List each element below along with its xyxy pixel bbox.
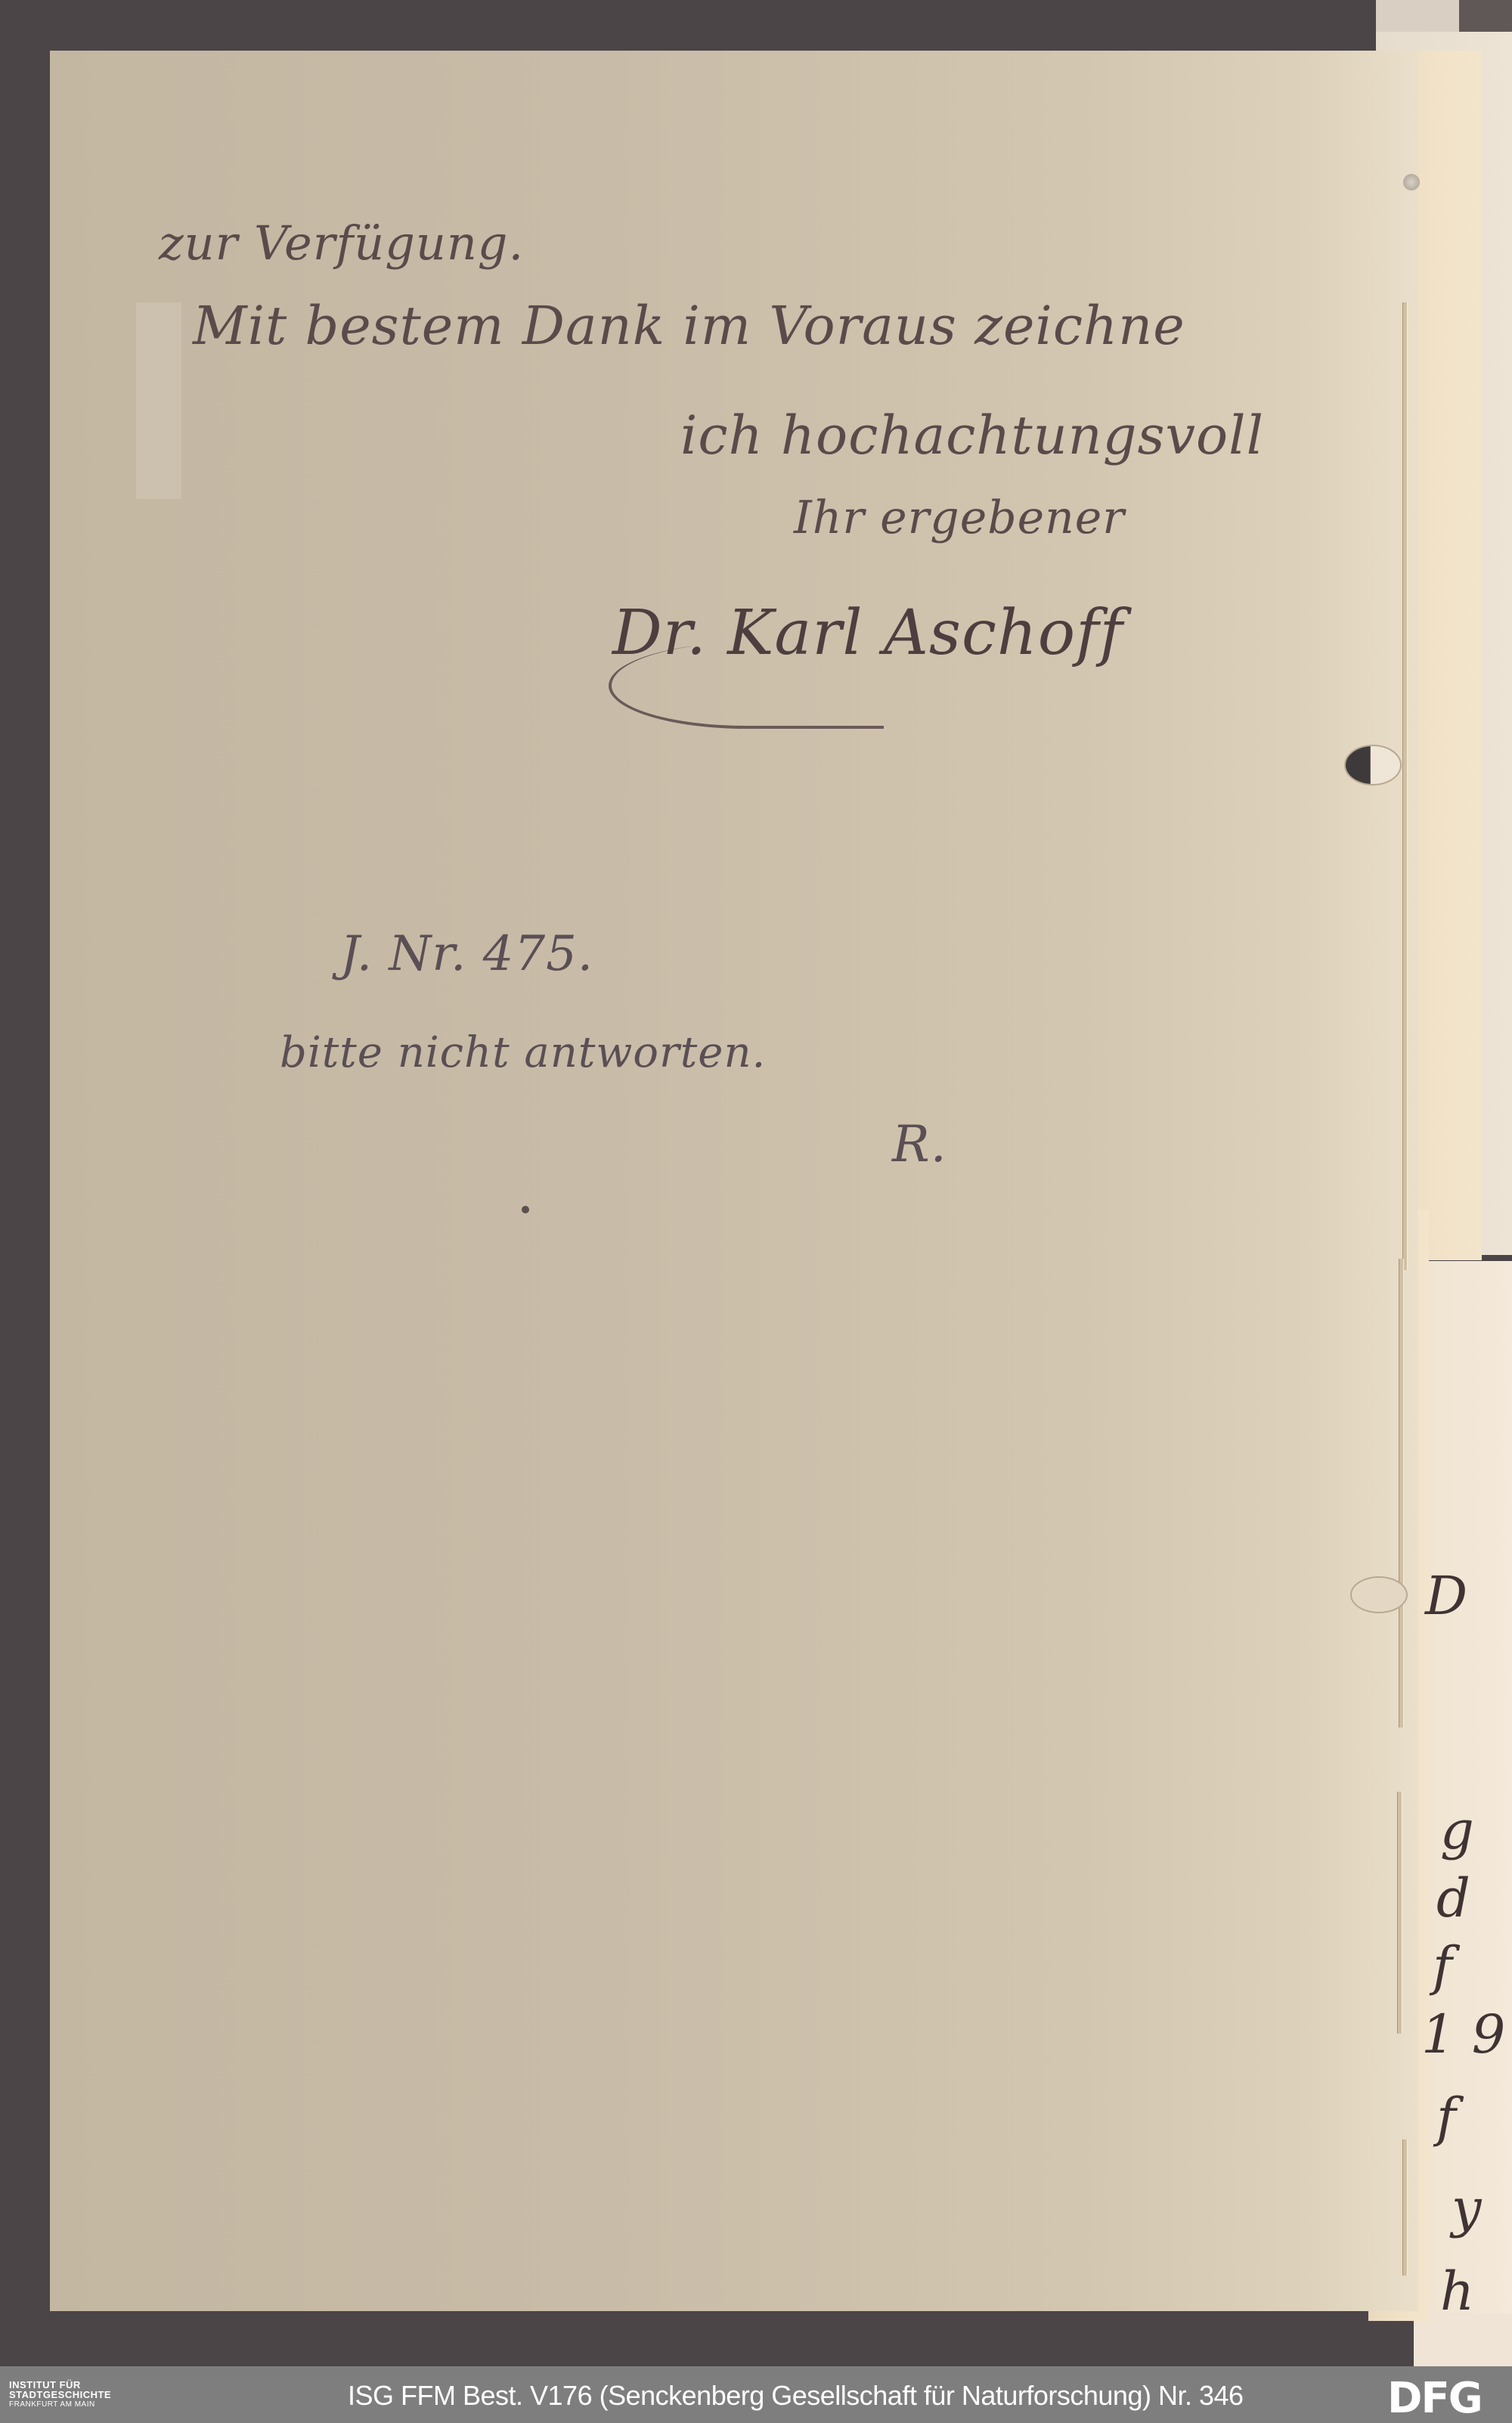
institution-line-2: STADTGESCHICHTE <box>9 2390 111 2400</box>
institution-logo: INSTITUT FÜR STADTGESCHICHTE FRANKFURT A… <box>9 2380 111 2409</box>
binding-stitch <box>1399 1395 1404 1727</box>
binding-stitch <box>1402 302 1408 1270</box>
punch-hole <box>1344 745 1402 785</box>
letter-line: ich hochachtungsvoll <box>680 404 1264 466</box>
adjacent-letter-fragment: g <box>1440 1799 1474 1861</box>
adjacent-letter-fragment: D <box>1425 1565 1467 1627</box>
adjacent-letter-fragment: y <box>1452 2177 1482 2239</box>
adjacent-letter-fragment: f <box>1436 2087 1456 2149</box>
scan-area: zur Verfügung. Mit bestem Dank im Voraus… <box>0 0 1512 2366</box>
adjacent-letter-fragment: f <box>1433 1935 1452 1997</box>
tape-residue <box>136 302 181 499</box>
dark-corner <box>1459 0 1512 32</box>
sheet-edge <box>1376 0 1459 32</box>
adjacent-letter-fragment: h <box>1440 2260 1474 2322</box>
archive-caption: ISG FFM Best. V176 (Senckenberg Gesellsc… <box>348 2380 1244 2412</box>
archive-footer-bar: INSTITUT FÜR STADTGESCHICHTE FRANKFURT A… <box>0 2366 1512 2423</box>
letter-page <box>50 51 1418 2311</box>
letter-line: Mit bestem Dank im Voraus zeichne <box>193 295 1185 357</box>
adjacent-letter-fragment: 1 9 <box>1421 2003 1505 2065</box>
annotation: bitte nicht antworten. <box>280 1028 766 1077</box>
adjacent-letter-fragment: d <box>1436 1867 1470 1929</box>
institution-line-3: FRANKFURT AM MAIN <box>9 2400 111 2409</box>
registry-number: J. Nr. 475. <box>340 926 593 982</box>
signature: Dr. Karl Aschoff <box>612 597 1123 669</box>
initial-mark: R. <box>892 1115 947 1173</box>
punch-hole <box>1350 1576 1408 1613</box>
binding-stitch <box>1402 2139 1408 2276</box>
dfg-logo-icon: DFG <box>1387 2374 1482 2423</box>
binding-stitch <box>1397 1792 1402 2034</box>
letter-line: Ihr ergebener <box>794 491 1125 544</box>
letter-line: zur Verfügung. <box>159 215 524 271</box>
ink-dot <box>522 1206 529 1213</box>
pin-mark <box>1403 174 1420 191</box>
